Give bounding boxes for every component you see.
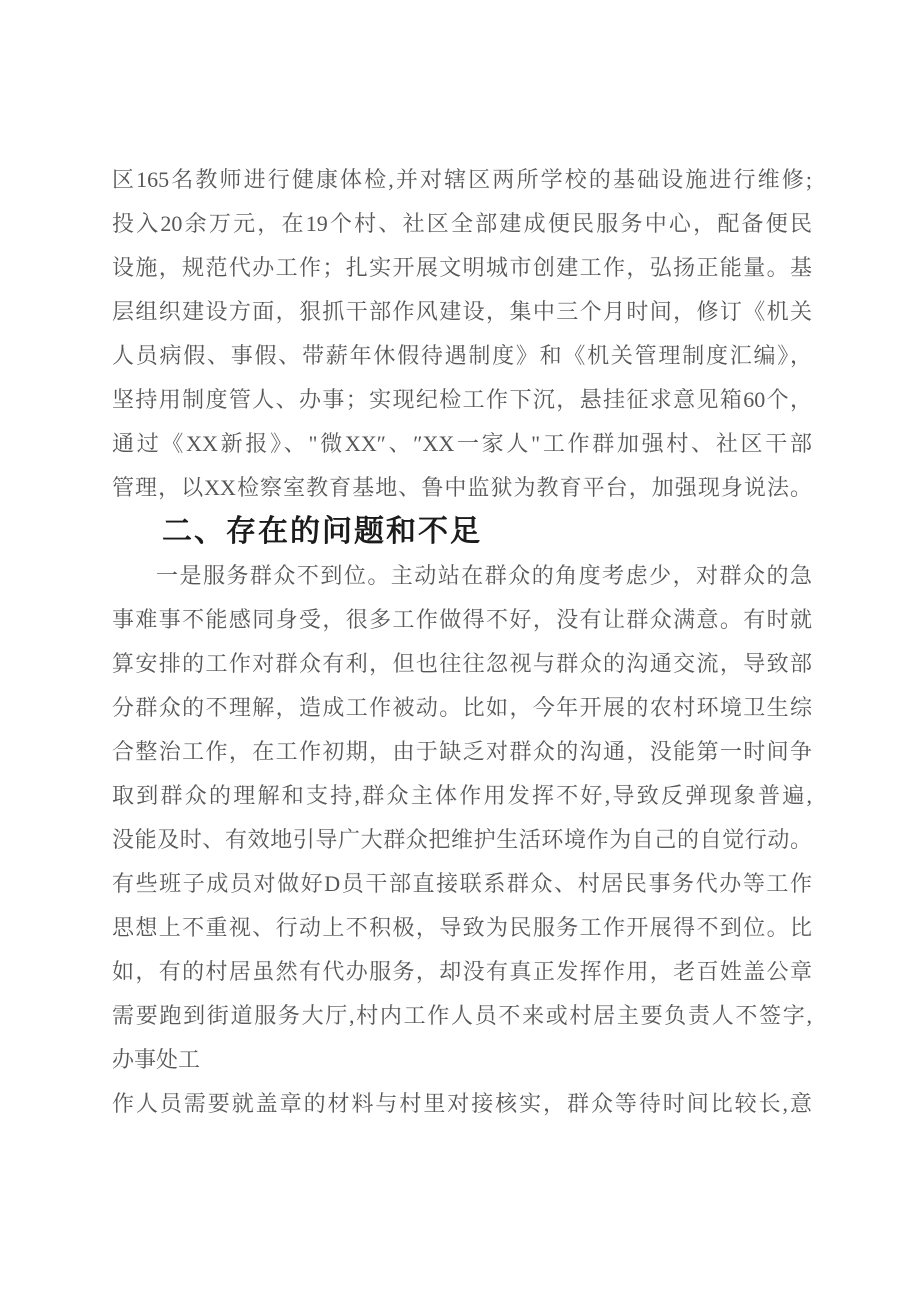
text-line: 没能及时、有效地引导广大群众把维护生活环境作为自己的自觉行动。 bbox=[112, 818, 812, 862]
text-line: 设施，规范代办工作；扎实开展文明城市创建工作，弘扬正能量。基 bbox=[112, 246, 812, 290]
text-line: 如，有的村居虽然有代办服务，却没有真正发挥作用，老百姓盖公章 bbox=[112, 950, 812, 994]
text-line: 算安排的工作对群众有利，但也往往忽视与群众的沟通交流，导致部 bbox=[112, 642, 812, 686]
text-line: 分群众的不理解，造成工作被动。比如，今年开展的农村环境卫生综 bbox=[112, 686, 812, 730]
text-block: 区165名教师进行健康体检,并对辖区两所学校的基础设施进行维修; 投入20余万元… bbox=[112, 158, 812, 1126]
text-line: 坚持用制度管人、办事；实现纪检工作下沉，悬挂征求意见箱60个， bbox=[112, 378, 812, 422]
document-page: 区165名教师进行健康体检,并对辖区两所学校的基础设施进行维修; 投入20余万元… bbox=[0, 0, 920, 1302]
text-line: 办事处工 bbox=[112, 1038, 812, 1082]
text-line: 投入20余万元，在19个村、社区全部建成便民服务中心，配备便民 bbox=[112, 202, 812, 246]
text-line: 合整治工作，在工作初期，由于缺乏对群众的沟通，没能第一时间争 bbox=[112, 730, 812, 774]
text-line: 通过《XX新报》、"微XX″、″XX一家人"工作群加强村、社区干部 bbox=[112, 422, 812, 466]
text-line: 层组织建设方面，狠抓干部作风建设，集中三个月时间，修订《机关 bbox=[112, 290, 812, 334]
text-line: 区165名教师进行健康体检,并对辖区两所学校的基础设施进行维修; bbox=[112, 158, 812, 202]
text-line: 事难事不能感同身受，很多工作做得不好，没有让群众满意。有时就 bbox=[112, 598, 812, 642]
text-line: 需要跑到街道服务大厅,村内工作人员不来或村居主要负责人不签字, bbox=[112, 994, 812, 1038]
text-line: 取到群众的理解和支持,群众主体作用发挥不好,导致反弹现象普遍, bbox=[112, 774, 812, 818]
text-line: 作人员需要就盖章的材料与村里对接核实，群众等待时间比较长,意 bbox=[112, 1082, 812, 1126]
text-line: 管理，以XX检察室教育基地、鲁中监狱为教育平台，加强现身说法。 bbox=[112, 466, 812, 510]
text-line: 思想上不重视、行动上不积极，导致为民服务工作开展得不到位。比 bbox=[112, 906, 812, 950]
section-heading: 二、存在的问题和不足 bbox=[112, 510, 812, 554]
text-line: 有些班子成员对做好D员干部直接联系群众、村居民事务代办等工作 bbox=[112, 862, 812, 906]
paragraph-first-line: 一是服务群众不到位。主动站在群众的角度考虑少，对群众的急 bbox=[112, 554, 812, 598]
text-line: 人员病假、事假、带薪年休假待遇制度》和《机关管理制度汇编》， bbox=[112, 334, 812, 378]
